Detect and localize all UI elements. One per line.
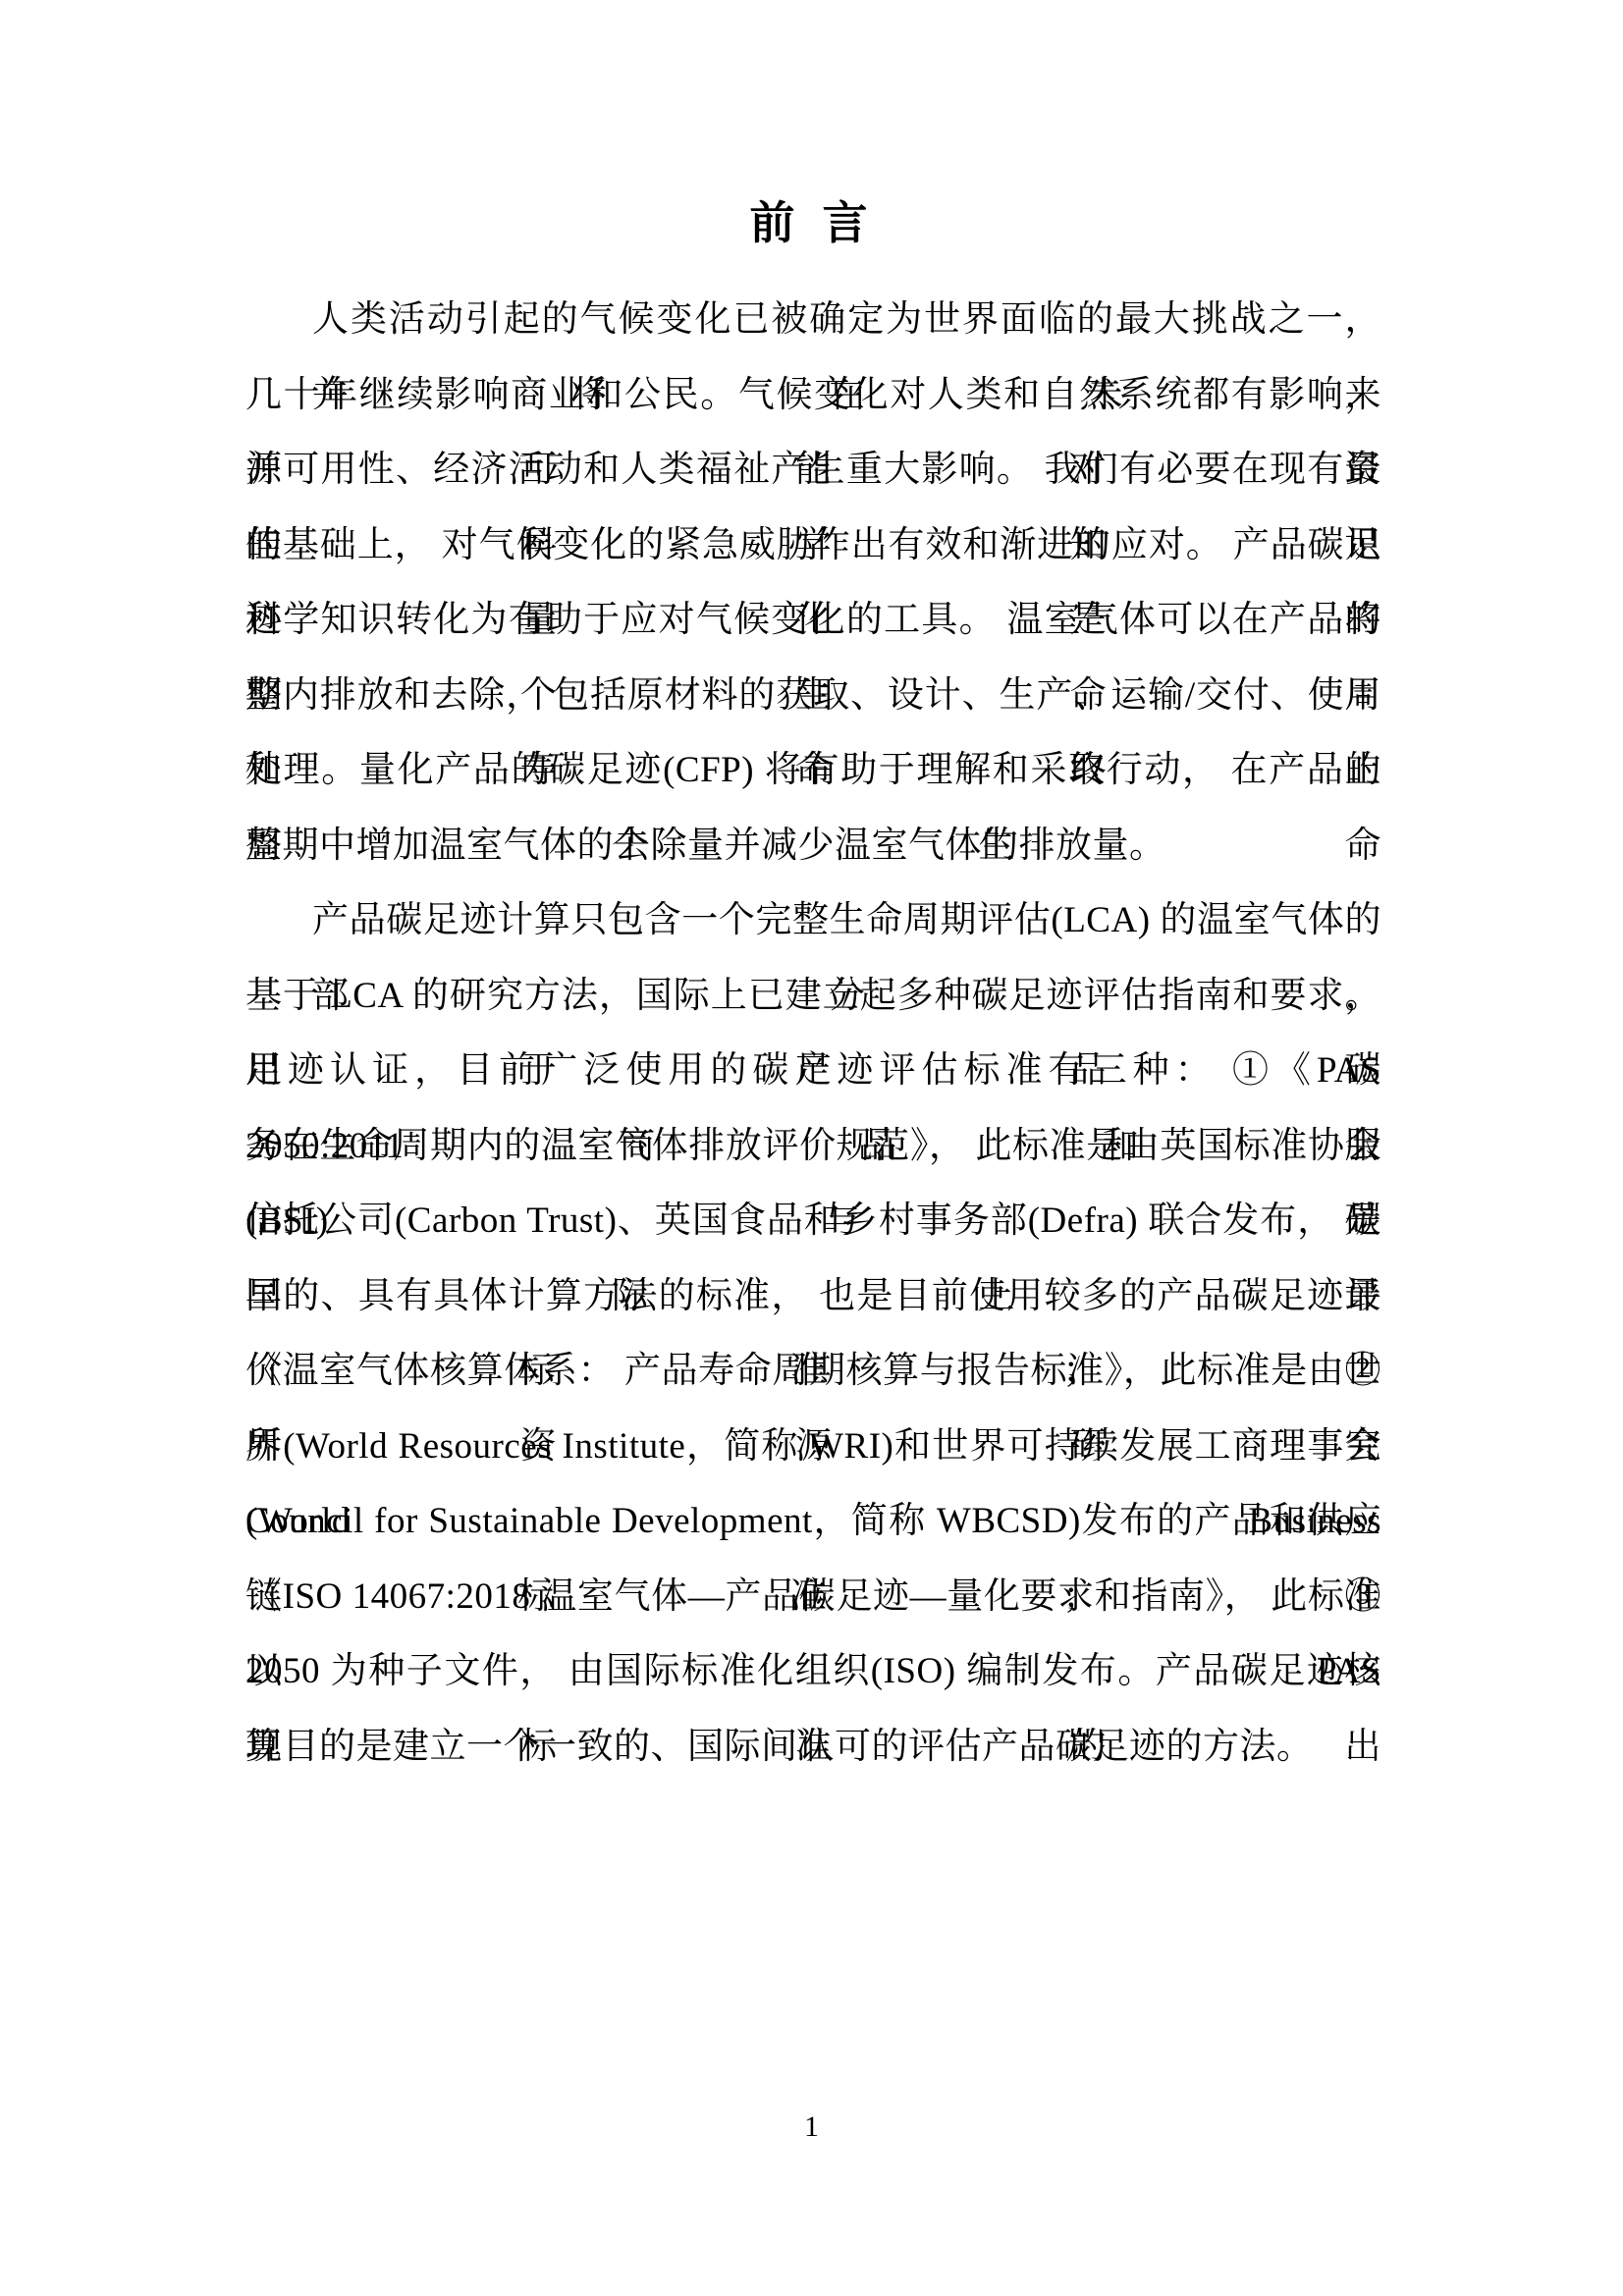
- text-line: 处理。量化产品的碳足迹(CFP) 将有助于理解和采取行动， 在产品的整个生命: [245, 733, 1381, 809]
- text-line: 产品碳足迹计算只包含一个完整生命周期评估(LCA) 的温室气体的部分。: [245, 883, 1381, 959]
- text-line: 的基础上， 对气候变化的紧急威胁作出有效和渐进的应对。 产品碳足迹量化是将: [245, 508, 1381, 584]
- text-line: 人类活动引起的气候变化已被确定为世界面临的最大挑战之一， 并将在未来: [245, 283, 1381, 358]
- page-title: 前 言: [0, 192, 1623, 253]
- text-line: 期内排放和去除， 包括原材料的获取、设计、生产、运输/交付、使用和寿命终止: [245, 659, 1381, 734]
- text-line: 现目的是建立一个一致的、国际间认可的评估产品碳足迹的方法。: [245, 1710, 1381, 1786]
- page-number: 1: [0, 2109, 1623, 2145]
- text-line: 《温室气体核算体系： 产品寿命周期核算与报告标准》，此标准是由世界资源研究: [245, 1334, 1381, 1410]
- document-page: 前 言 人类活动引起的气候变化已被确定为世界面临的最大挑战之一， 并将在未来几十…: [0, 0, 1623, 2296]
- text-line: Council for Sustainable Development，简称 W…: [245, 1484, 1381, 1560]
- text-line: 早的、具有具体计算方法的标准， 也是目前使用较多的产品碳足迹评价标准； ②: [245, 1259, 1381, 1335]
- text-line: 务在生命周期内的温室气体排放评价规范》， 此标准是由英国标准协会(BSI) 与碳: [245, 1109, 1381, 1185]
- text-line: 足迹认证，目前广泛使用的碳足迹评估标准有三种： ①《PAS 2050:2011 …: [245, 1034, 1381, 1109]
- text-line: 所(World Resources Institute，简称 WRI)和世界可持…: [245, 1410, 1381, 1485]
- text-line: 几十年继续影响商业和公民。气候变化对人类和自然系统都有影响， 并可能对资: [245, 358, 1381, 434]
- text-line: 源可用性、经济活动和人类福祉产生重大影响。 我们有必要在现有最佳科学知识: [245, 433, 1381, 508]
- text-line: 2050 为种子文件， 由国际标准化组织(ISO) 编制发布。产品碳足迹核算标准…: [245, 1634, 1381, 1710]
- text-line: 《ISO 14067:2018 温室气体—产品碳足迹—量化要求和指南》， 此标准…: [245, 1560, 1381, 1635]
- text-line: 基于 LCA 的研究方法，国际上已建立起多种碳足迹评估指南和要求，用于产品碳: [245, 959, 1381, 1035]
- text-line: 科学知识转化为有助于应对气候变化的工具。 温室气体可以在产品的整个生命周: [245, 583, 1381, 659]
- text-line: 信托公司(Carbon Trust)、英国食品和乡村事务部(Defra) 联合发…: [245, 1184, 1381, 1259]
- document-body: 人类活动引起的气候变化已被确定为世界面临的最大挑战之一， 并将在未来几十年继续影…: [245, 283, 1381, 1785]
